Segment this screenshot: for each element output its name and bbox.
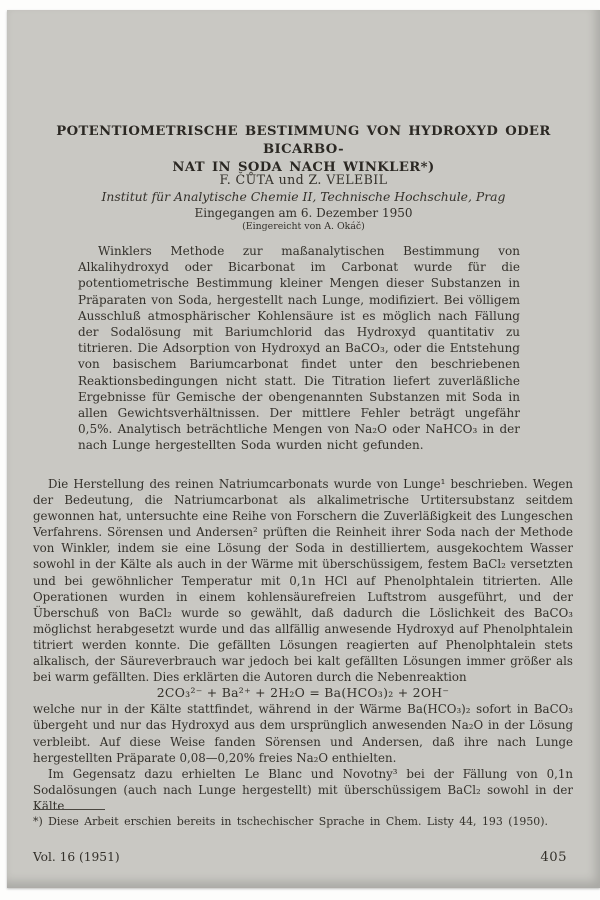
authors: F. ČŮTA und Z. VELEBIL (7, 172, 600, 187)
body-paragraph-3: Im Gegensatz dazu erhielten Le Blanc und… (33, 766, 573, 814)
received-date: Eingegangen am 6. Dezember 1950 (7, 206, 600, 220)
page-number: 405 (540, 850, 567, 865)
body-paragraph-2: welche nur in der Kälte stattfindet, wäh… (33, 701, 573, 765)
volume-label: Vol. 16 (1951) (33, 850, 120, 864)
paper-title-line1: POTENTIOMETRISCHE BESTIMMUNG VON HYDROXY… (17, 123, 590, 159)
body-paragraph-1: Die Herstellung des reinen Natriumcarbon… (33, 476, 573, 685)
scanned-journal-page: POTENTIOMETRISCHE BESTIMMUNG VON HYDROXY… (7, 10, 600, 888)
footnote-separator-rule (33, 809, 105, 810)
title-footnote: *) Diese Arbeit erschien bereits in tsch… (33, 815, 573, 829)
paper-title: POTENTIOMETRISCHE BESTIMMUNG VON HYDROXY… (17, 123, 590, 177)
chemical-equation: 2CO₃²⁻ + Ba²⁺ + 2H₂O = Ba(HCO₃)₂ + 2OH⁻ (33, 685, 573, 701)
page-footer: Vol. 16 (1951) 405 (33, 850, 567, 865)
affiliation: Institut für Analytische Chemie II, Tech… (7, 189, 600, 204)
article-body: Die Herstellung des reinen Natriumcarbon… (33, 476, 573, 814)
abstract: Winklers Methode zur maßanalytischen Bes… (78, 243, 520, 454)
submitted-by: (Eingereicht von A. Okáč) (7, 221, 600, 232)
